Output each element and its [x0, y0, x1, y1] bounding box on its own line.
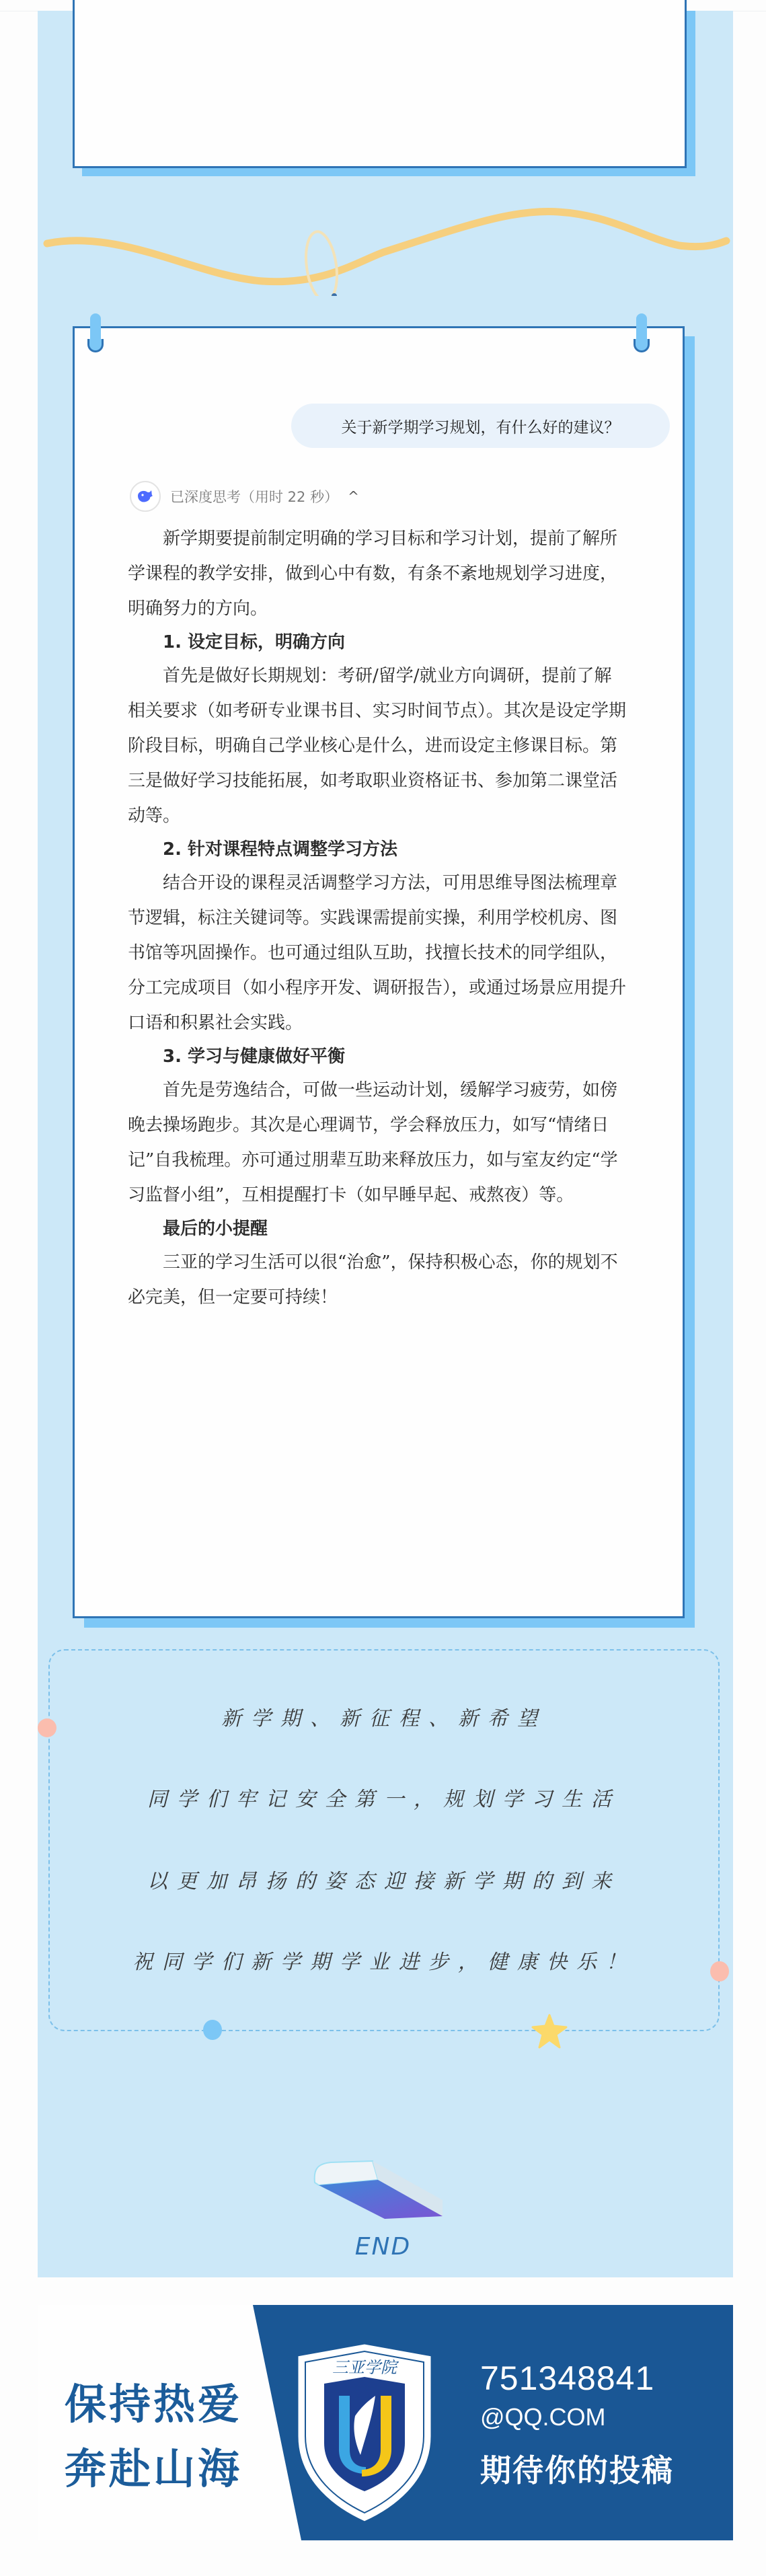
- end-label: END: [0, 2233, 766, 2261]
- magnifier-icon: [302, 229, 341, 296]
- university-logo-icon: 三亚学院: [291, 2342, 438, 2524]
- section-heading: 2. 针对课程特点调整学习方法: [128, 833, 629, 866]
- section-body: 三亚的学习生活可以很“治愈”，保持积极心态，你的规划不必完美，但一定要可持续！: [128, 1245, 629, 1315]
- svg-text:三亚学院: 三亚学院: [332, 2358, 399, 2377]
- yellow-star-icon: [531, 2014, 568, 2049]
- contact-info: 751348841 @QQ.COM 期待你的投稿: [480, 2359, 674, 2491]
- assistant-avatar: [130, 481, 161, 512]
- closing-line: 祝同学们新学期学业进步，健康快乐！: [48, 1945, 720, 1975]
- user-question-bubble: 关于新学期学习规划，有什么好的建议？: [291, 404, 670, 448]
- closing-line: 以更加昂扬的姿态迎接新学期的到来: [48, 1864, 720, 1894]
- banner-slogan: 保持热爱 奔赴山海: [65, 2372, 242, 2501]
- section-heading: 3. 学习与健康做好平衡: [128, 1040, 629, 1073]
- email-suffix: @QQ.COM: [480, 2403, 674, 2431]
- section-heading: 1. 设定目标，明确方向: [128, 626, 629, 658]
- slogan-line: 奔赴山海: [65, 2437, 242, 2501]
- section-body: 结合开设的课程灵活调整学习方法，可用思维导图法梳理章节逻辑，标注关键词等。实践课…: [128, 866, 629, 1040]
- blue-dot-icon: [203, 2020, 222, 2040]
- top-card: [73, 0, 687, 168]
- deepseek-whale-icon: [137, 489, 154, 504]
- assistant-answer: 新学期要提前制定明确的学习目标和学习计划，提前了解所学课程的教学安排，做到心中有…: [128, 521, 629, 1315]
- section-body: 首先是做好长期规划：考研/留学/就业方向调研，提前了解相关要求（如考研专业课书目…: [128, 658, 629, 833]
- thinking-status[interactable]: 已深度思考（用时 22 秒） ^: [130, 481, 359, 512]
- answer-intro: 新学期要提前制定明确的学习目标和学习计划，提前了解所学课程的教学安排，做到心中有…: [128, 521, 629, 626]
- closing-line: 新学期、新征程、新希望: [48, 1702, 720, 1731]
- submission-cta: 期待你的投稿: [480, 2446, 674, 2491]
- footer-banner: 保持热爱 奔赴山海 三亚学院 751348841 @QQ.COM 期待你的投稿: [38, 2305, 733, 2540]
- closing-line: 同学们牢记安全第一，规划学习生活: [48, 1782, 720, 1812]
- section-body: 首先是劳逸结合，可做一些运动计划，缓解学习疲劳，如傍晚去操场跑步。其次是心理调节…: [128, 1073, 629, 1213]
- slogan-line: 保持热爱: [65, 2372, 242, 2437]
- section-heading: 最后的小提醒: [128, 1213, 629, 1245]
- collapse-chevron-icon[interactable]: ^: [348, 488, 359, 504]
- thinking-label: 已深度思考（用时 22 秒）: [170, 486, 338, 506]
- book-icon: [311, 2156, 452, 2223]
- wave-decoration-icon: [40, 202, 733, 296]
- qq-number[interactable]: 751348841: [480, 2359, 674, 2398]
